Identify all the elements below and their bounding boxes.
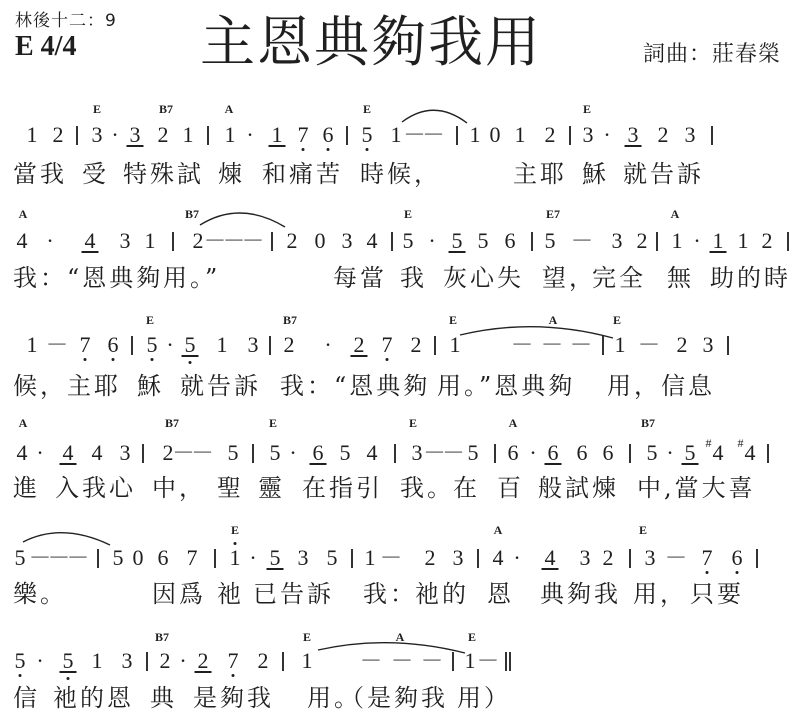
note: 2 (287, 230, 298, 252)
scripture-reference: 林後十二：9 (15, 12, 117, 30)
note: 7 (702, 547, 713, 569)
note: 3 (645, 547, 656, 569)
lyric-segment: 是夠我 (193, 686, 274, 710)
lyric-segment: 祂的 (415, 582, 469, 606)
chord-label: E (404, 208, 412, 220)
note: 6 (508, 442, 519, 464)
barline (456, 126, 457, 145)
lyric-segment: 祂的恩 (53, 686, 134, 710)
note-sharp: #4 (713, 442, 724, 464)
sustain-dash: —— (406, 122, 444, 144)
barline (727, 336, 728, 355)
augmentation-dot: · (666, 442, 673, 464)
chord-label: E (613, 314, 621, 326)
note: 2 (158, 124, 169, 146)
note-digit: 4 (713, 440, 724, 465)
augmentation-dot: · (111, 124, 118, 146)
note: 5 (478, 230, 489, 252)
slur-arc (318, 643, 465, 653)
chord-label: E (303, 631, 311, 643)
chord-label: E (146, 314, 154, 326)
augmentation-dot: · (179, 650, 186, 672)
chord-label: A (549, 314, 558, 326)
augmentation-dot: · (324, 334, 331, 356)
note: 6 (323, 124, 334, 146)
barline (629, 549, 630, 568)
rest: 0 (133, 547, 144, 569)
barline (477, 549, 478, 568)
augmentation-dot: · (36, 442, 43, 464)
lyric-segment: 助的時 (710, 266, 791, 290)
note: 1 (217, 334, 228, 356)
note: 3 (92, 124, 103, 146)
lyric-segment: 受 (82, 162, 109, 186)
note: 3 (122, 650, 133, 672)
lyric-segment: 我：“恩典夠 (280, 374, 430, 398)
lyric-segment: （是夠我 (340, 686, 448, 710)
note: 3 (612, 230, 623, 252)
chord-label: A (19, 417, 28, 429)
chord-label: B7 (155, 631, 169, 643)
chord-label: E (93, 103, 101, 115)
song-title: 主恩典夠我用 (200, 14, 542, 70)
lyric-segment: 般試煉 (538, 476, 619, 500)
lyric-segment: 和痛苦 (262, 162, 343, 186)
note: 4 (367, 230, 378, 252)
sustain-dash: — (480, 648, 499, 670)
note-sharp: #4 (745, 442, 756, 464)
note: 4 (92, 442, 103, 464)
lyric-segment: 只要 (690, 582, 744, 606)
barline (97, 549, 98, 568)
note: 6 (505, 230, 516, 252)
note: 6 (577, 442, 588, 464)
note: 1 (27, 124, 38, 146)
barline (214, 549, 215, 568)
chord-label: E (231, 524, 239, 536)
note: 1 (302, 650, 313, 672)
note: 6 (732, 547, 743, 569)
note: 5 (15, 547, 26, 569)
note: 4 (493, 547, 504, 569)
chord-label: E7 (546, 208, 560, 220)
lyric-segment: 就告訴 (623, 162, 704, 186)
barline (282, 652, 283, 671)
note: 7 (382, 334, 393, 356)
note: 5 (327, 547, 338, 569)
barline (434, 336, 435, 355)
barline (142, 444, 143, 463)
note: 3 (342, 230, 353, 252)
lyric-segment: 候，主耶 (13, 374, 121, 398)
lyric-segment: 無 (667, 266, 694, 290)
sustain-dash: — (544, 332, 563, 354)
lyric-segment: 灰心失 (443, 266, 524, 290)
augmentation-dot: · (166, 334, 173, 356)
sustain-dash: — (49, 332, 68, 354)
chord-label: E (639, 524, 647, 536)
note: 4 (85, 230, 96, 252)
rest: 0 (315, 230, 326, 252)
chord-label: A (19, 208, 28, 220)
note: 5 (185, 334, 196, 356)
note: 4 (367, 442, 378, 464)
barline (391, 232, 392, 251)
note: 2 (354, 334, 365, 356)
barline (346, 126, 347, 145)
lyric-segment: 當我 (13, 162, 67, 186)
note: 1 (92, 650, 103, 672)
note: 6 (313, 442, 324, 464)
barline (569, 126, 570, 145)
note: 4 (63, 442, 74, 464)
note: 2 (198, 650, 209, 672)
note: 5 (147, 334, 158, 356)
barline (767, 444, 768, 463)
note: 5 (270, 547, 281, 569)
augmentation-dot: · (428, 230, 435, 252)
lyric-segment: 我：“恩典夠 (13, 266, 163, 290)
note: 6 (603, 442, 614, 464)
lyric-segment: 已告訴 (253, 582, 334, 606)
note: 5 (647, 442, 658, 464)
note: 3 (120, 442, 131, 464)
lyric-segment: 中,當大喜 (637, 476, 756, 500)
note: 4 (17, 230, 28, 252)
barline (131, 336, 132, 355)
lyric-segment: 用） (457, 686, 511, 710)
note: 3 (412, 442, 423, 464)
note: 1 (470, 124, 481, 146)
note: 2 (425, 547, 436, 569)
augmentation-dot: · (693, 230, 700, 252)
barline (252, 444, 253, 463)
sustain-dash: — (514, 332, 533, 354)
lyric-segment: 我。 (400, 476, 454, 500)
chord-label: E (468, 631, 476, 643)
note: 5 (468, 442, 479, 464)
note: 3 (628, 124, 639, 146)
note: 7 (228, 650, 239, 672)
key-time-signature: E 4/4 (15, 33, 76, 61)
note: 1 (230, 547, 241, 569)
note: 5 (545, 230, 556, 252)
chord-label: E (409, 417, 417, 429)
note: 3 (685, 124, 696, 146)
barline (711, 126, 712, 145)
lyric-segment: 入我心 (55, 476, 136, 500)
augmentation-dot: · (603, 124, 610, 146)
note: 2 (545, 124, 556, 146)
sustain-dash: — (574, 228, 593, 250)
lyric-segment: 樂。 (13, 582, 67, 606)
sustain-dash: — (394, 648, 413, 670)
lyric-segment: 望， (542, 266, 596, 290)
slur-arc (23, 533, 110, 545)
lyric-segment: 我 (400, 266, 427, 290)
sustain-dash: — (573, 332, 592, 354)
note: 2 (677, 334, 688, 356)
note: 3 (248, 334, 259, 356)
lyric-segment: 用，信息 (607, 374, 715, 398)
note: 1 (183, 124, 194, 146)
sustain-dash: — (641, 332, 660, 354)
sharp-sign: # (706, 437, 712, 449)
note: 7 (187, 547, 198, 569)
lyric-segment: 信 (13, 686, 40, 710)
barline (602, 336, 603, 355)
barline (452, 652, 453, 671)
note: 5 (403, 230, 414, 252)
chord-label: B7 (283, 314, 297, 326)
lyric-segment: 完全 (592, 266, 646, 290)
note: 2 (637, 230, 648, 252)
note: 2 (193, 230, 204, 252)
note: 4 (545, 547, 556, 569)
note: 2 (762, 230, 773, 252)
sustain-dash: ——— (207, 228, 264, 250)
chord-label: B7 (159, 103, 173, 115)
note: 1 (225, 124, 236, 146)
chord-label: E (583, 103, 591, 115)
note: 3 (453, 547, 464, 569)
note-digit: 4 (745, 440, 756, 465)
note: 2 (658, 124, 669, 146)
augmentation-dot: · (46, 230, 53, 252)
note: 1 (713, 230, 724, 252)
chord-label: A (671, 208, 680, 220)
slur-arc (200, 213, 285, 227)
note: 2 (411, 334, 422, 356)
lyric-segment: 在指引 (302, 476, 383, 500)
lyric-segment: 祂 (217, 582, 244, 606)
chord-label: A (396, 631, 405, 643)
composer-credits: 詞曲：莊春榮 (643, 44, 781, 66)
chord-label: B7 (641, 417, 655, 429)
final-barline (509, 652, 510, 671)
note: 6 (158, 547, 169, 569)
sustain-dash: ——— (32, 545, 89, 567)
lyric-segment: 用。”恩典夠 (437, 374, 575, 398)
note: 5 (452, 230, 463, 252)
note: 4 (17, 442, 28, 464)
note: 6 (108, 334, 119, 356)
note: 5 (15, 650, 26, 672)
chord-label: B7 (185, 208, 199, 220)
lyric-segment: 每當 (333, 266, 387, 290)
chord-label: A (509, 417, 518, 429)
lyric-segment: 主耶 (513, 162, 567, 186)
chord-label: E (363, 103, 371, 115)
note: 1 (672, 230, 683, 252)
note: 5 (685, 442, 696, 464)
sustain-dash: — (363, 648, 382, 670)
note: 3 (703, 334, 714, 356)
lyric-segment: 特殊試 (123, 162, 204, 186)
note: 1 (27, 334, 38, 356)
lyric-segment: 聖 (217, 476, 244, 500)
final-barline (505, 652, 506, 671)
lyric-segment: 典 (150, 686, 177, 710)
note: 1 (272, 124, 283, 146)
rest: 0 (490, 124, 501, 146)
sustain-dash: — (383, 545, 402, 567)
slur-layer (0, 0, 800, 720)
note: 6 (548, 442, 559, 464)
note: 5 (113, 547, 124, 569)
note: 1 (615, 334, 626, 356)
lyric-segment: 煉 (218, 162, 245, 186)
note: 1 (391, 124, 402, 146)
lyric-segment: 典夠我 (540, 582, 621, 606)
barline (207, 126, 208, 145)
note: 3 (130, 124, 141, 146)
augmentation-dot: · (513, 547, 520, 569)
note: 1 (465, 650, 476, 672)
barline (756, 549, 757, 568)
chord-label: A (494, 524, 503, 536)
barline (787, 232, 788, 251)
lyric-segment: 用， (633, 582, 687, 606)
barline (629, 444, 630, 463)
chord-label: B7 (165, 417, 179, 429)
lyric-segment: 我： (363, 582, 417, 606)
barline (656, 232, 657, 251)
note: 3 (583, 124, 594, 146)
lyric-segment: 百 (497, 476, 524, 500)
note: 2 (603, 547, 614, 569)
note: 7 (298, 124, 309, 146)
barline (494, 444, 495, 463)
note: 1 (145, 230, 156, 252)
barline (172, 232, 173, 251)
lyric-segment: 用。” (163, 266, 220, 290)
sustain-dash: — (668, 545, 687, 567)
barline (394, 444, 395, 463)
sustain-dash: —— (426, 440, 464, 462)
sustain-dash: —— (175, 440, 213, 462)
note: 2 (284, 334, 295, 356)
note: 2 (160, 650, 171, 672)
note: 3 (580, 547, 591, 569)
barline (531, 232, 532, 251)
barline (269, 336, 270, 355)
chord-label: E (269, 417, 277, 429)
note: 5 (63, 650, 74, 672)
chord-label: A (225, 103, 234, 115)
augmentation-dot: · (246, 124, 253, 146)
note: 3 (120, 230, 131, 252)
lyric-segment: 進 (13, 476, 40, 500)
note: 2 (53, 124, 64, 146)
lyric-segment: 就告訴 (180, 374, 261, 398)
lyric-segment: 在 (453, 476, 480, 500)
lyric-segment: 穌 (137, 374, 164, 398)
note: 2 (258, 650, 269, 672)
lyric-segment: 恩 (487, 582, 514, 606)
lyric-segment: 因爲 (152, 582, 206, 606)
note: 5 (270, 442, 281, 464)
note: 3 (298, 547, 309, 569)
sustain-dash: — (424, 648, 443, 670)
note: 5 (340, 442, 351, 464)
augmentation-dot: · (36, 650, 43, 672)
barline (271, 232, 272, 251)
note: 5 (228, 442, 239, 464)
chord-label: E (449, 314, 457, 326)
augmentation-dot: · (289, 442, 296, 464)
augmentation-dot: · (249, 547, 256, 569)
sharp-sign: # (738, 437, 744, 449)
barline (146, 652, 147, 671)
lyric-segment: 穌 (582, 162, 609, 186)
barline (76, 126, 77, 145)
note: 2 (163, 442, 174, 464)
augmentation-dot: · (529, 442, 536, 464)
note: 1 (365, 547, 376, 569)
lyric-segment: 中， (152, 476, 206, 500)
note: 1 (738, 230, 749, 252)
note: 1 (515, 124, 526, 146)
note: 7 (80, 334, 91, 356)
note: 5 (362, 124, 373, 146)
barline (351, 549, 352, 568)
lyric-segment: 靈 (258, 476, 285, 500)
lyric-segment: 時候， (360, 162, 441, 186)
note: 1 (450, 334, 461, 356)
